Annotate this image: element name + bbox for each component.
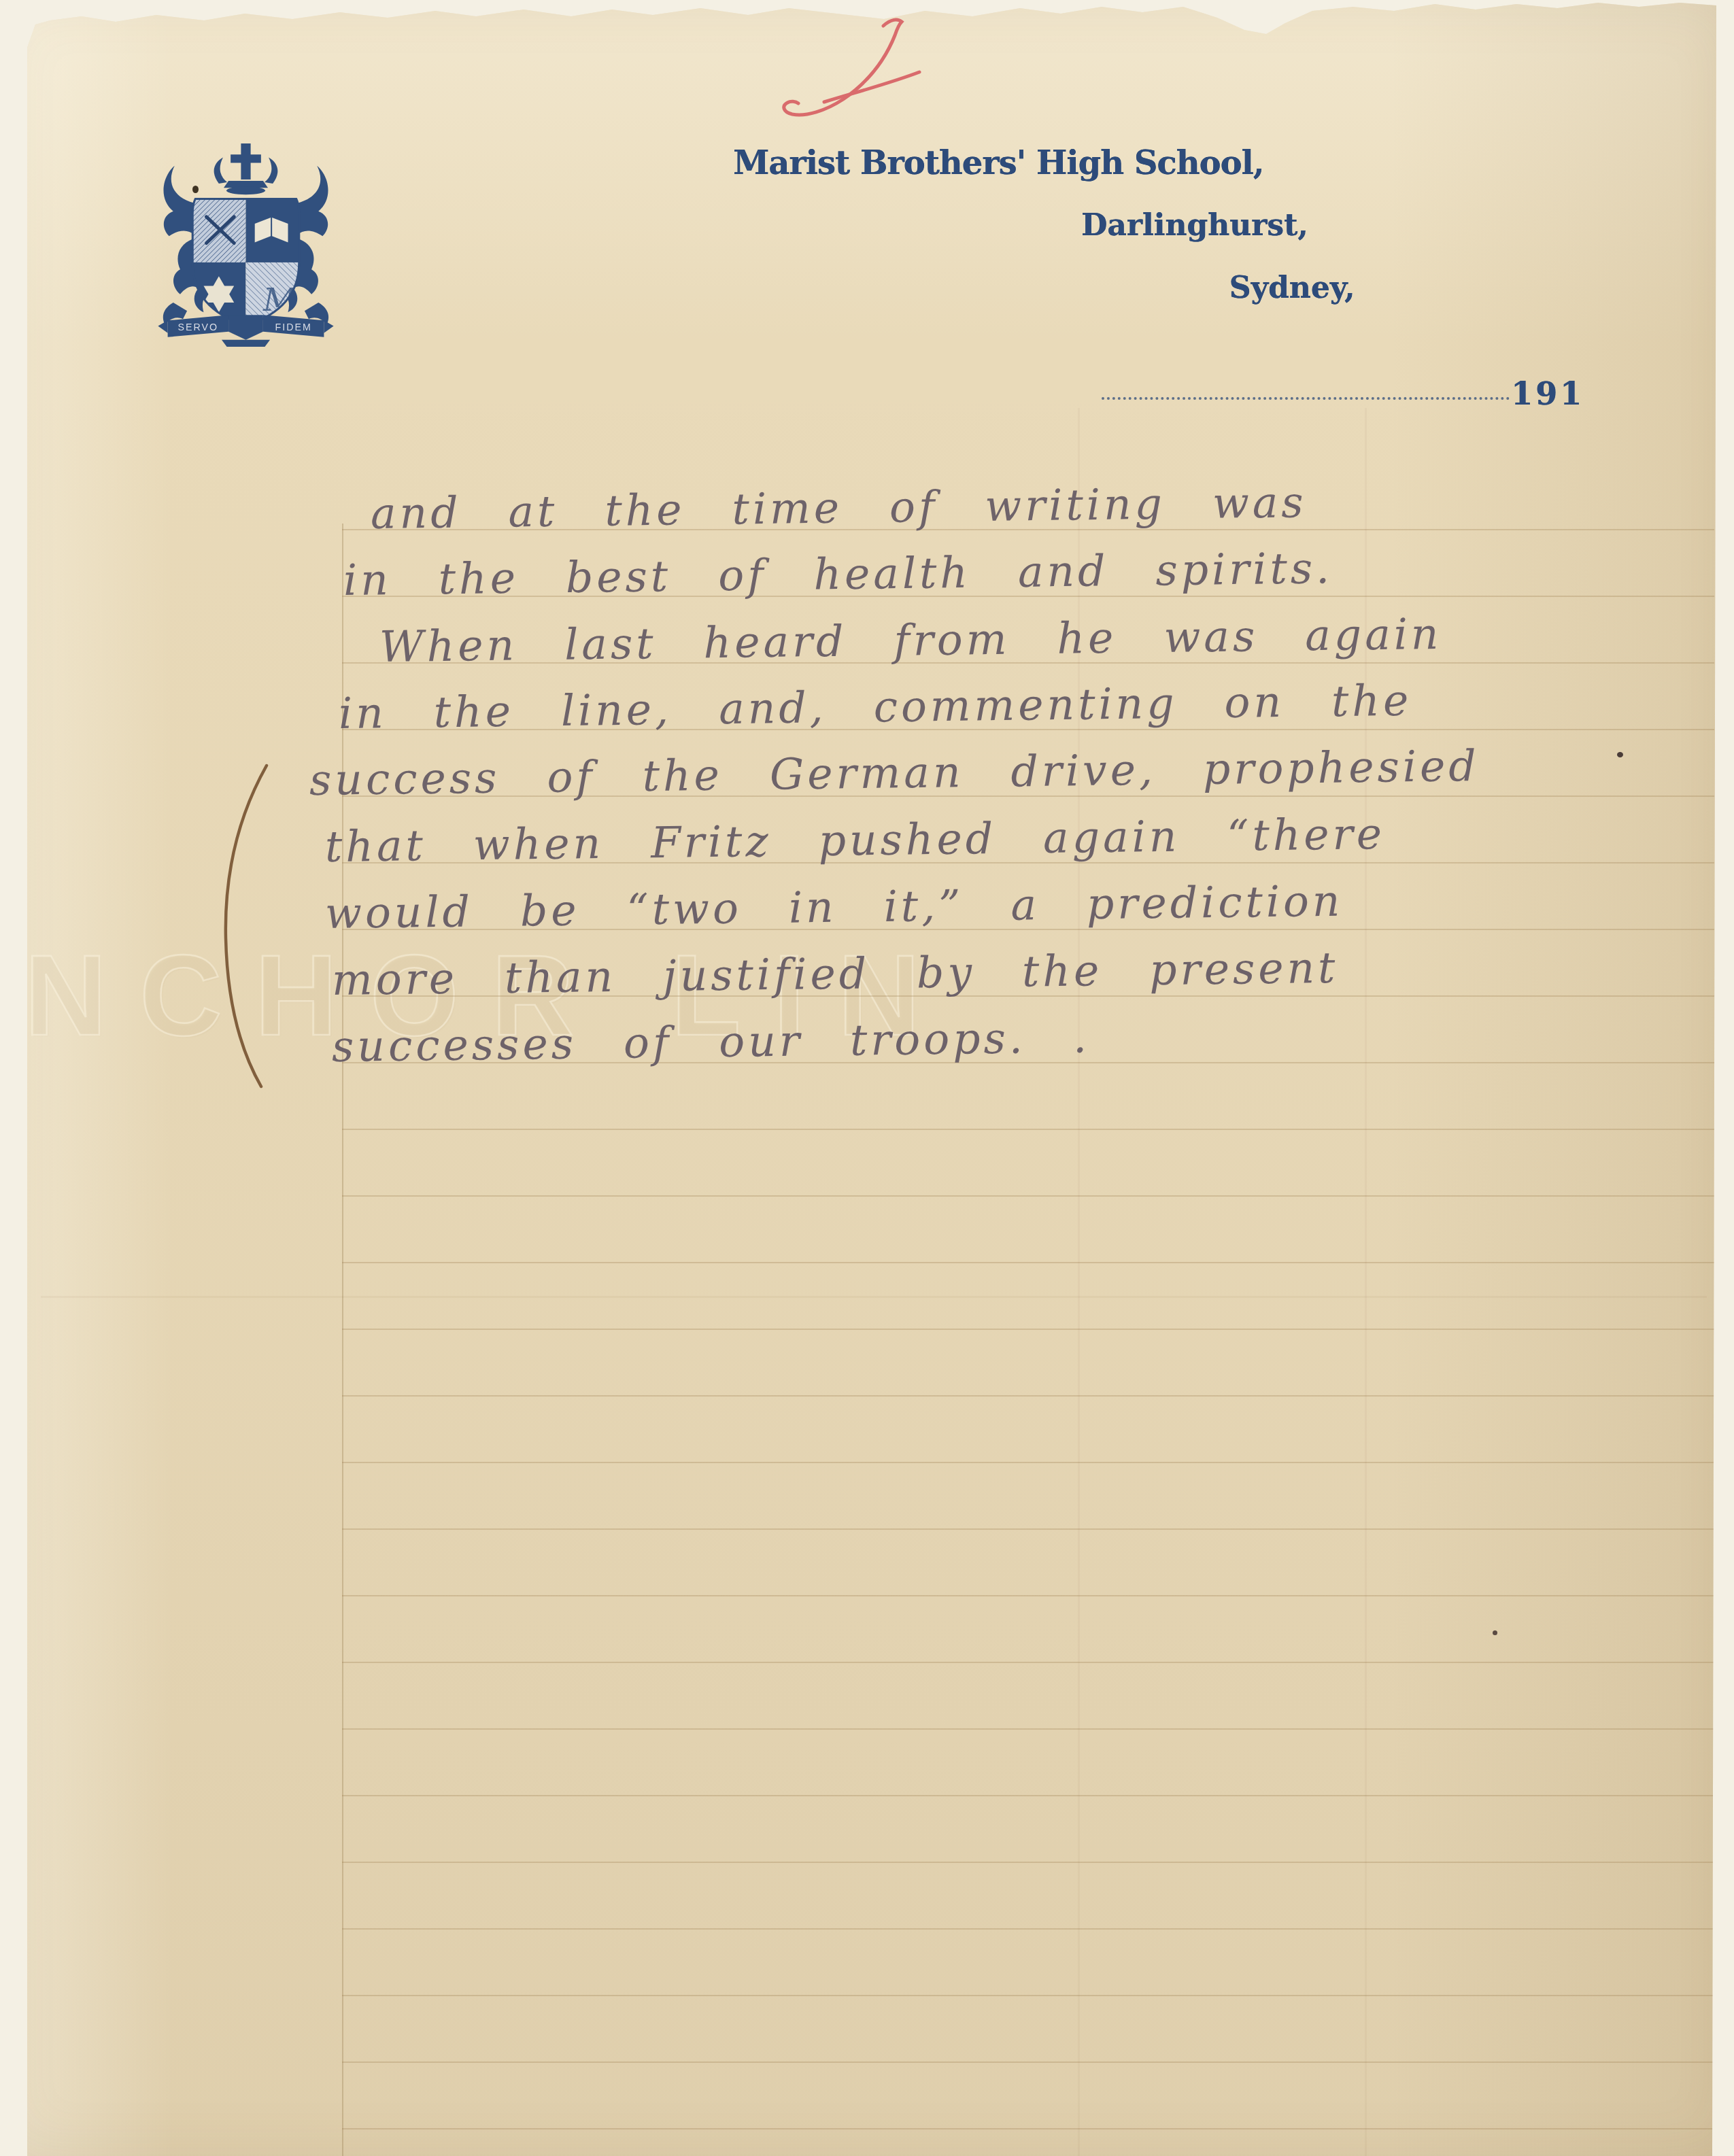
page-number-value: 4 xyxy=(0,0,1,1)
paper-speck xyxy=(192,186,199,193)
city-line: Sydney, xyxy=(1217,271,1367,305)
handwritten-line-9: successes of our troops. . xyxy=(332,1016,1091,1068)
motto-left: SERVO xyxy=(177,322,218,333)
paper-crease-horizontal xyxy=(41,1296,1707,1298)
handwritten-line-1: and at the time of writing was xyxy=(371,481,1307,535)
date-underline xyxy=(1102,379,1510,400)
paper-speck xyxy=(1493,1630,1497,1635)
handwritten-line-2: in the best of health and spirits. xyxy=(343,547,1333,602)
year-prefix: 191 xyxy=(1511,375,1584,412)
paper-speck xyxy=(1617,752,1623,757)
paper-crease-vertical xyxy=(1078,408,1080,2156)
cross-icon xyxy=(231,143,261,179)
letter-sheet: NCHOR LIN xyxy=(0,0,1734,2156)
handwritten-line-7: would be “two in it,” a prediction xyxy=(325,880,1344,935)
school-crest: M SERVO FIDEM xyxy=(152,139,339,347)
motto-right: FIDEM xyxy=(275,322,311,333)
handwritten-line-3: When last heard from he was again xyxy=(379,613,1442,668)
handwritten-line-8: more than justified by the present xyxy=(332,946,1339,1002)
handwritten-line-4: in the line, and, commenting on the xyxy=(339,679,1412,735)
paper-crease-vertical xyxy=(1365,408,1367,2156)
handwritten-line-6: that when Fritz pushed again “there xyxy=(325,812,1386,868)
school-name: Marist Brothers' High School, xyxy=(733,144,1168,182)
suburb-line: Darlinghurst, xyxy=(1081,208,1258,243)
